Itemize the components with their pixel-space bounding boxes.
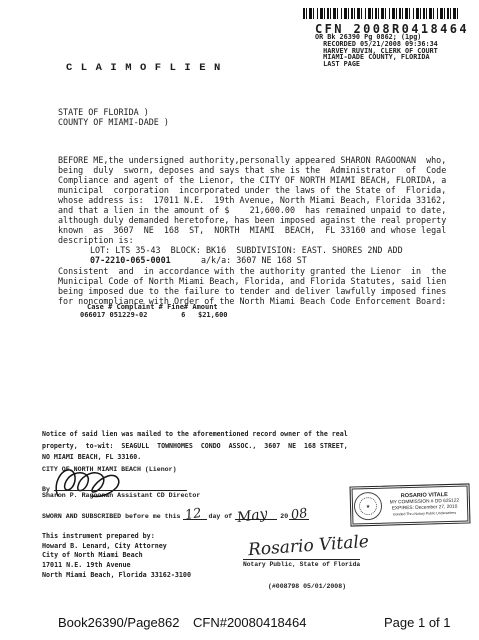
body-paragraph-1: BEFORE ME,the undersigned authority,pers…	[58, 155, 446, 245]
legal-description-lot-line: LOT: LTS 35-43 BLOCK: BK16 SUBDIVISION: …	[90, 245, 403, 255]
stamp-bonded-line: Bonded Thru Notary Public Underwriters	[382, 511, 467, 518]
case-table-header: Case # Complaint # Fine# Amount	[87, 303, 218, 311]
aka-address: a/k/a: 3607 NE 168 ST	[171, 255, 307, 265]
footer-book-page: Book26390/Page862	[58, 615, 179, 630]
folio-line: 07-2210-065-0001 a/k/a: 3607 NE 168 ST	[90, 255, 307, 265]
signature-line	[54, 482, 187, 491]
year-blank: 08	[289, 509, 309, 520]
folio-number: 07-2210-065-0001	[90, 255, 171, 265]
sworn-prefix: SWORN AND SUBSCRIBED before me this	[42, 513, 181, 520]
footer-cfn-number: CFN#20080418464	[193, 615, 306, 630]
notary-stamp-text: ROSARIO VITALE MY COMMISSION # DD 625122…	[382, 491, 470, 517]
notary-signature: Rosario Vitale	[247, 532, 369, 560]
handwritten-month: May	[236, 506, 269, 526]
day-blank: 12	[183, 509, 207, 520]
handwritten-year: 08	[290, 506, 308, 523]
sworn-middle: day of	[209, 513, 233, 520]
prepared-by-block: This instrument prepared by: Howard B. L…	[42, 532, 191, 581]
notary-title-line: Notary Public, State of Florida	[243, 561, 360, 568]
document-title: C L A I M O F L I E N	[66, 62, 221, 74]
case-table-row: 066017 051229-02 6 $21,600	[80, 311, 228, 319]
sworn-year-prefix: 20	[280, 513, 288, 520]
notary-seal-icon: ★	[354, 492, 383, 521]
recorder-stamp-details: OR Bk 26390 Pg 0862; (1pg) RECORDED 05/2…	[315, 34, 438, 68]
notary-file-reference: (#008798 05/01/2008)	[268, 583, 346, 590]
officer-name-title: Sharon P. Ragoonan Assistant CD Director	[42, 492, 200, 499]
barcode-icon	[303, 8, 461, 19]
body-paragraph-2: Consistent and in accordance with the au…	[58, 266, 446, 306]
notary-stamp: ★ ROSARIO VITALE MY COMMISSION # DD 6251…	[349, 483, 470, 526]
notary-signature-line	[243, 559, 360, 560]
notice-paragraph: Notice of said lien was mailed to the af…	[42, 429, 348, 464]
sworn-line: SWORN AND SUBSCRIBED before me this12day…	[42, 509, 309, 520]
document-page: CFN 2008R0418464 OR Bk 26390 Pg 0862; (1…	[0, 0, 479, 640]
seal-star-icon: ★	[359, 497, 377, 515]
handwritten-day: 12	[184, 506, 202, 523]
venue-block: STATE OF FLORIDA ) COUNTY OF MIAMI-DADE …	[58, 107, 169, 127]
month-blank: May	[235, 509, 277, 520]
footer-page-indicator: Page 1 of 1	[384, 615, 451, 630]
